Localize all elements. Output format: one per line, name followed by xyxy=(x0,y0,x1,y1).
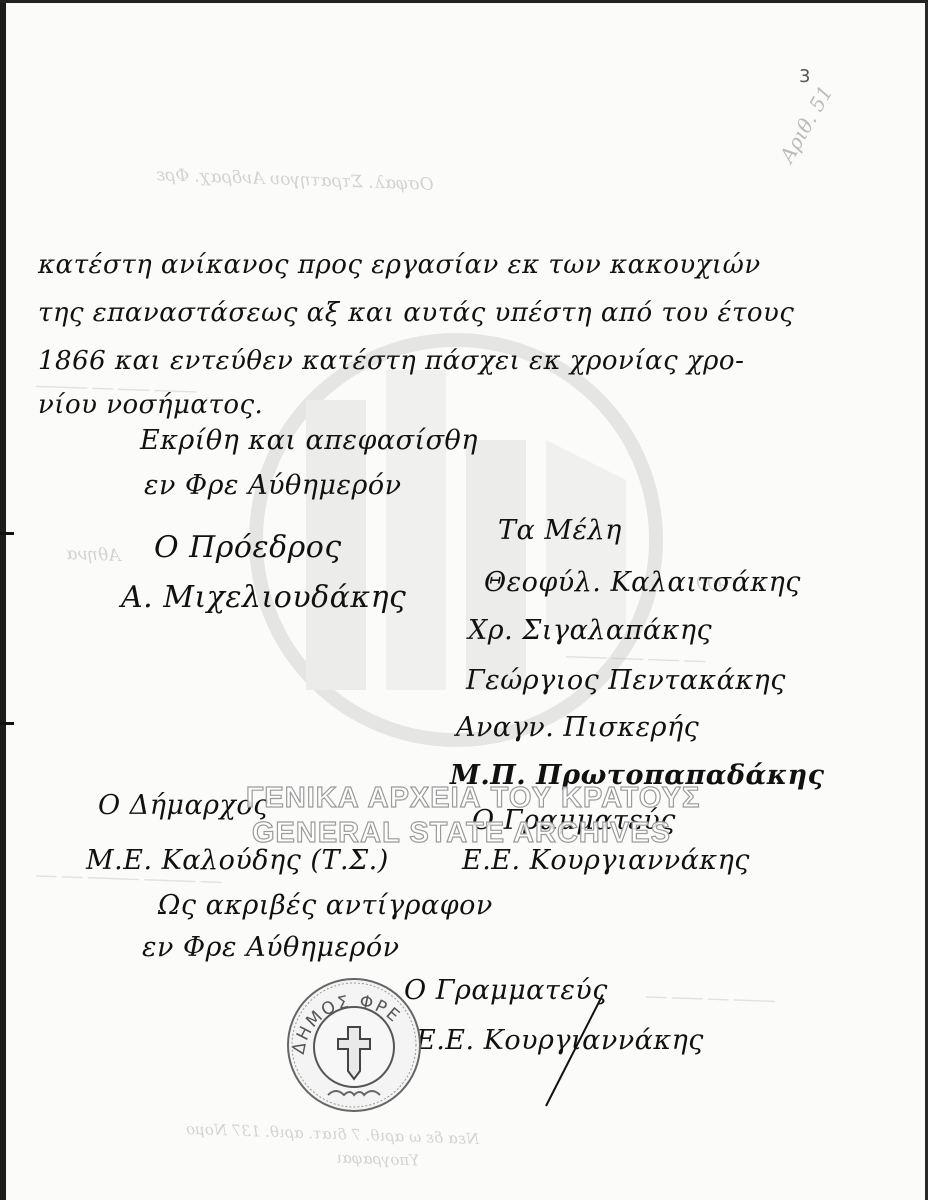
president-title: Ο Πρόεδρος xyxy=(154,530,342,565)
bleed-through-text: Υπογραφαι xyxy=(336,1149,420,1170)
member-signature: Αναγν. Πισκερής xyxy=(456,712,699,743)
closing-place-date: εν Φρε Αύθημερόν xyxy=(144,470,402,501)
corner-annotation: Αριθ. 51 xyxy=(775,82,838,167)
member-signature: Χρ. Σιγαλαπάκης xyxy=(468,615,712,646)
closing-line: Εκρίθη και απεφασίσθη xyxy=(140,425,478,456)
bleed-through-text: ──── ── ─── ── xyxy=(646,988,775,1012)
scan-edge-mark xyxy=(0,722,14,725)
watermark-greek: ΓΕΝΙΚΑ ΑΡΧΕΙΑ ΤΟΥ ΚΡΑΤΟΥΣ xyxy=(246,782,700,815)
secretary2-signature: Ε.Ε. Κουργιαννάκης xyxy=(416,1025,704,1056)
bleed-through-text: Αθηνα xyxy=(66,544,121,566)
member-signature: Θεοφύλ. Καλαιτσάκης xyxy=(484,567,801,598)
watermark-english: GENERAL STATE ARCHIVES xyxy=(252,817,671,850)
document-page: Οσφαλ. Στρατηγου Ανδραχ. Φρε Αθηνα 1900 … xyxy=(6,0,928,1200)
member-signature: Γεώργιος Πεντακάκης xyxy=(466,665,786,696)
page-number: 3 xyxy=(799,66,810,87)
president-signature: Α. Μιχελιουδάκης xyxy=(121,580,406,615)
certification-place-date: εν Φρε Αύθημερόν xyxy=(142,932,400,963)
scan-edge-mark xyxy=(0,532,14,535)
municipal-stamp: ΔΗΜΟΣ ΦΡΕ xyxy=(284,975,424,1115)
body-line: νίου νοσήματος. xyxy=(38,390,263,420)
scan-edge-top xyxy=(0,0,928,3)
mayor-title: Ο Δήμαρχος xyxy=(98,790,269,821)
members-title: Τα Μέλη xyxy=(498,515,622,546)
certification-line: Ως ακριβές αντίγραφον xyxy=(158,890,493,921)
secretary2-title: Ο Γραμματεύς xyxy=(404,975,608,1006)
bleed-through-text: Οσφαλ. Στρατηγου Ανδραχ. Φρε xyxy=(156,165,434,195)
body-line: κατέστη ανίκανος προς εργασίαν εκ των κα… xyxy=(38,250,761,280)
scan-edge-left xyxy=(0,0,6,1200)
bleed-through-text: Νεα δε ω αριθ. 7 διατ. αριθ. 137 Νομο xyxy=(186,1120,480,1148)
body-line: 1866 και εντεύθεν κατέστη πάσχει εκ χρον… xyxy=(38,346,744,376)
body-line: της επαναστάσεως αξ και αυτάς υπέστη από… xyxy=(38,298,794,328)
